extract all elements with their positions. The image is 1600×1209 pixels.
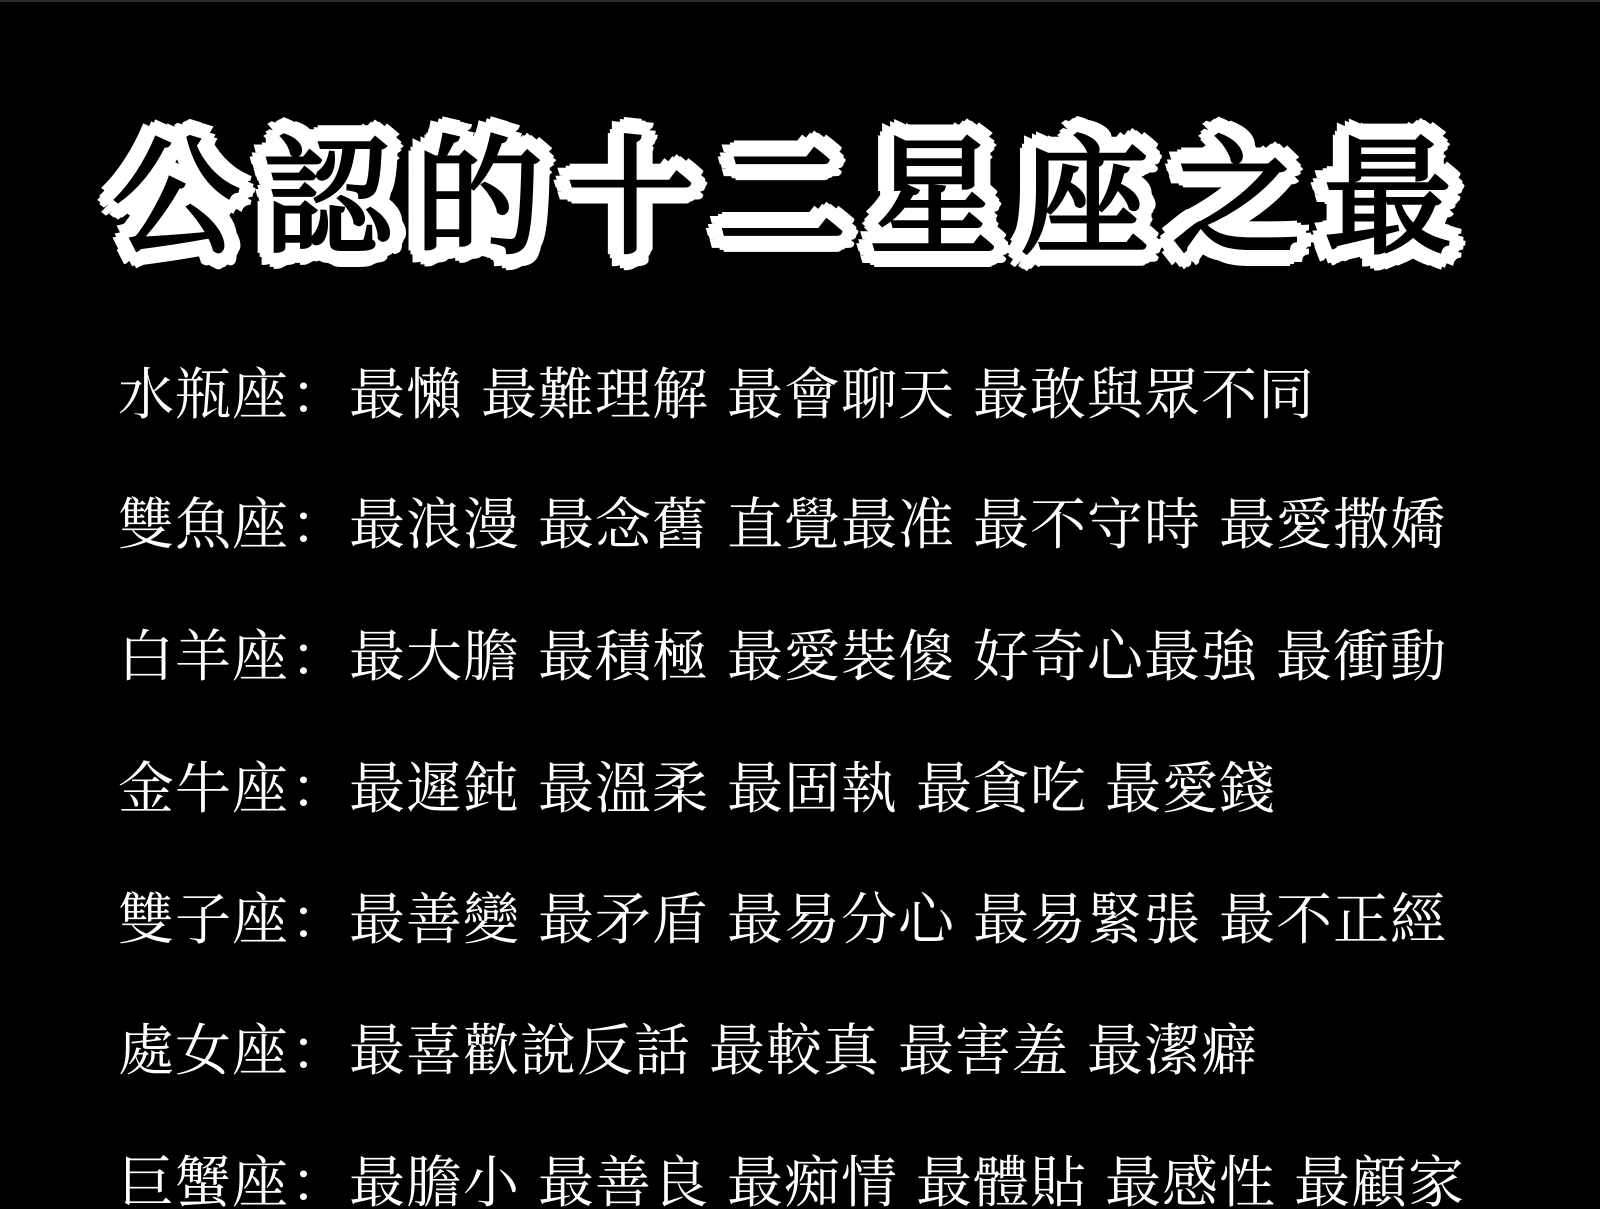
trait: 最不守時 xyxy=(973,494,1201,558)
trait: 最會聊天 xyxy=(727,364,955,428)
colon: ： xyxy=(289,364,349,428)
colon: ： xyxy=(289,1020,349,1084)
title-char: 的 xyxy=(415,135,543,263)
trait: 最懶 xyxy=(349,364,463,428)
trait: 最顧家 xyxy=(1294,1152,1465,1209)
trait: 最大膽 xyxy=(349,626,520,690)
colon: ： xyxy=(289,1152,349,1209)
zodiac-sign: 金牛座 xyxy=(118,758,289,822)
trait: 最矛盾 xyxy=(538,889,709,953)
trait: 最善變 xyxy=(349,889,520,953)
trait: 最愛錢 xyxy=(1105,758,1276,822)
title-char: 座 xyxy=(1021,135,1149,263)
trait: 最念舊 xyxy=(538,494,709,558)
zodiac-sign: 雙子座 xyxy=(118,889,289,953)
title-char: 星 xyxy=(869,135,997,263)
zodiac-row-cancer: 巨蟹座：最膽小最善良最痴情最體貼最感性最顧家 xyxy=(118,1152,1483,1209)
trait: 最敢與眾不同 xyxy=(973,364,1315,428)
colon: ： xyxy=(289,889,349,953)
trait: 最衝動 xyxy=(1276,626,1447,690)
zodiac-row-gemini: 雙子座：最善變最矛盾最易分心最易緊張最不正經 xyxy=(118,889,1465,953)
trait: 最膽小 xyxy=(349,1152,520,1209)
trait: 直覺最准 xyxy=(727,494,955,558)
title-char: 公 xyxy=(112,135,240,263)
trait: 最愛撒嬌 xyxy=(1219,494,1447,558)
trait: 最難理解 xyxy=(481,364,709,428)
zodiac-sign: 白羊座 xyxy=(118,626,289,690)
title-char: 十 xyxy=(566,135,694,263)
trait: 最害羞 xyxy=(898,1020,1069,1084)
title-char: 認 xyxy=(263,135,391,263)
colon: ： xyxy=(289,494,349,558)
trait: 最潔癖 xyxy=(1087,1020,1258,1084)
trait: 最易緊張 xyxy=(973,889,1201,953)
trait: 最易分心 xyxy=(727,889,955,953)
colon: ： xyxy=(289,758,349,822)
zodiac-row-virgo: 處女座：最喜歡說反話最較真最害羞最潔癖 xyxy=(118,1020,1276,1084)
zodiac-row-pisces: 雙魚座：最浪漫最念舊直覺最准最不守時最愛撒嬌 xyxy=(118,494,1465,558)
trait: 最固執 xyxy=(727,758,898,822)
zodiac-sign: 巨蟹座 xyxy=(118,1152,289,1209)
trait: 最浪漫 xyxy=(349,494,520,558)
trait: 最感性 xyxy=(1105,1152,1276,1209)
zodiac-sign: 水瓶座 xyxy=(118,364,289,428)
trait: 最遲鈍 xyxy=(349,758,520,822)
colon: ： xyxy=(289,626,349,690)
trait: 最較真 xyxy=(709,1020,880,1084)
trait: 最愛裝傻 xyxy=(727,626,955,690)
page-title: 公 認 的 十 二 星 座 之 最 xyxy=(112,114,1452,284)
page: 公 認 的 十 二 星 座 之 最 水瓶座：最懶最難理解最會聊天最敢與眾不同 雙… xyxy=(0,0,1600,1209)
trait: 最善良 xyxy=(538,1152,709,1209)
title-char: 之 xyxy=(1172,135,1300,263)
trait: 最溫柔 xyxy=(538,758,709,822)
trait: 最喜歡說反話 xyxy=(349,1020,691,1084)
trait: 最不正經 xyxy=(1219,889,1447,953)
title-char: 最 xyxy=(1324,135,1452,263)
title-char: 二 xyxy=(718,135,846,263)
trait: 好奇心最強 xyxy=(973,626,1258,690)
zodiac-sign: 雙魚座 xyxy=(118,494,289,558)
trait: 最體貼 xyxy=(916,1152,1087,1209)
trait: 最積極 xyxy=(538,626,709,690)
zodiac-sign: 處女座 xyxy=(118,1020,289,1084)
trait: 最貪吃 xyxy=(916,758,1087,822)
zodiac-row-aries: 白羊座：最大膽最積極最愛裝傻好奇心最強最衝動 xyxy=(118,626,1465,690)
zodiac-row-taurus: 金牛座：最遲鈍最溫柔最固執最貪吃最愛錢 xyxy=(118,758,1294,822)
trait: 最痴情 xyxy=(727,1152,898,1209)
zodiac-row-aquarius: 水瓶座：最懶最難理解最會聊天最敢與眾不同 xyxy=(118,364,1333,428)
